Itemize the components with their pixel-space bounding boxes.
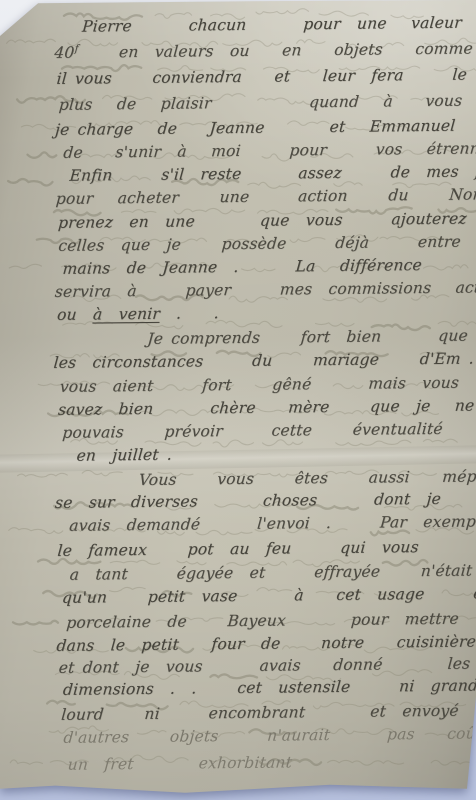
letter-line: plus de plaisir quand à vous: [58, 92, 463, 114]
letter-line: prenez en une que vous ajouterez à: [57, 209, 476, 232]
letter-line: se sur diverses choses dont je vous: [54, 489, 476, 512]
letter-line: de s'unir à moi pour vos étrennes: [63, 139, 476, 162]
letter-line: Je comprends fort bien que: [147, 327, 469, 348]
letter-line: un fret exhorbitant: [67, 753, 293, 773]
letter-line: lourd ni encombrant et envoyé avec: [61, 701, 476, 724]
letter-line: porcelaine de Bayeux pour mettre: [66, 610, 460, 632]
letter-line: le fameux pot au feu qui vous: [57, 538, 420, 560]
letter-line: Pierre chacun pour une valeur de: [81, 13, 476, 35]
letter-line: mains de Jeanne . La différence: [62, 256, 423, 278]
letter-line: vous aient fort gêné mais vous: [59, 374, 460, 396]
letter-text: Pierre chacun pour une valeur de40f en v…: [0, 0, 476, 800]
letter-line: il vous conviendra et leur fera le: [56, 66, 468, 88]
letter-line: qu'un petit vase à cet usage en: [61, 584, 476, 607]
letter-line: a tant égayée et effrayée n'était: [69, 562, 473, 584]
letter-line: en juillet .: [76, 446, 173, 465]
letter-line: pouvais prévoir cette éventualité: [62, 420, 444, 442]
paper-shadow: Pierre chacun pour une valeur de40f en v…: [0, 0, 476, 800]
letter-line: ou à venir . .: [56, 304, 219, 324]
letter-line: servira à payer mes commissions actuelle…: [54, 278, 476, 301]
photo-of-letter: Pierre chacun pour une valeur de40f en v…: [0, 0, 476, 800]
letter-line: dans le petit four de notre cuisinière: [56, 633, 476, 655]
letter-page: Pierre chacun pour une valeur de40f en v…: [0, 0, 476, 800]
letter-line: je charge de Jeanne et Emmanuel: [54, 117, 456, 139]
letter-line: Vous vous êtes aussi mépri-: [138, 467, 476, 489]
letter-line: et dont je vous avais donné les: [58, 655, 471, 677]
letter-line: pour acheter une action du Nord: [55, 185, 476, 208]
letter-line: 40f en valeurs ou en objets comme: [54, 40, 474, 62]
letter-line: dimensions . . cet ustensile ni grand ni: [62, 676, 476, 699]
letter-line: Enfin s'il reste assez de mes fonds: [69, 162, 476, 185]
letter-line: d'autres objets n'aurait pas coûté: [63, 724, 476, 746]
letter-line: avais demandé l'envoi . Par exemple: [69, 512, 476, 534]
letter-line: celles que je possède déjà entre les: [58, 232, 476, 255]
letter-line: les circonstances du mariage d'Em .: [53, 350, 475, 372]
letter-line: savez bien chère mère que je ne: [57, 397, 475, 419]
